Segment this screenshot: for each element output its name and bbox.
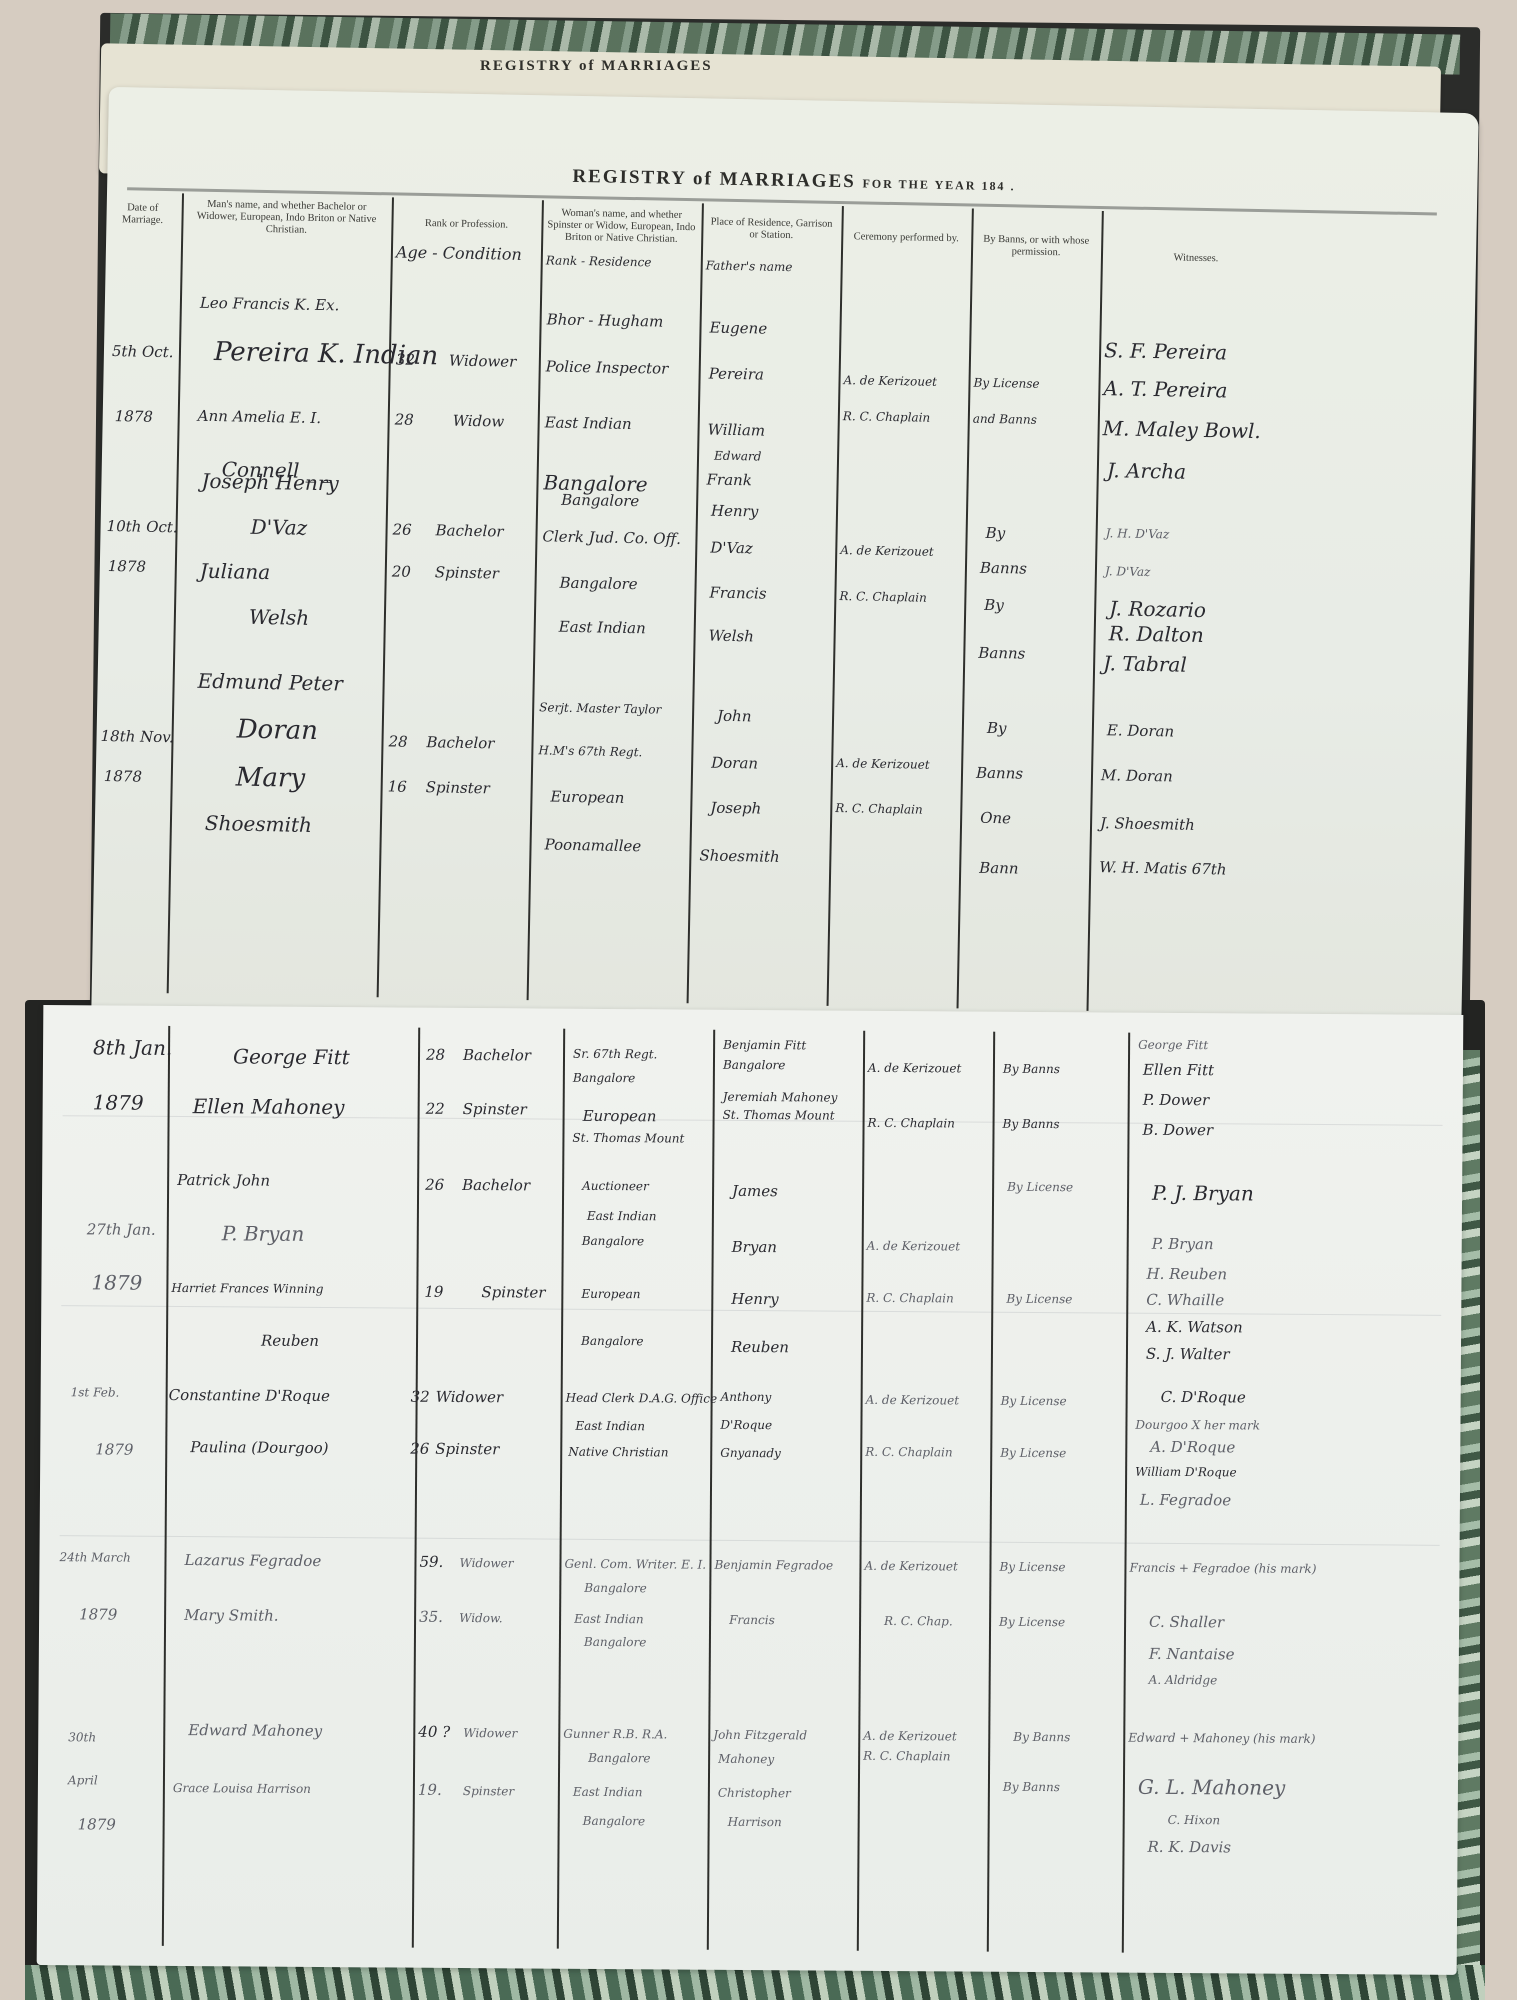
bride-name: Harriet Frances Winning [171,1281,323,1296]
bride-surname: Reuben [261,1332,319,1350]
groom-condition: Widower [463,1726,517,1740]
groom-age: 26 [425,1176,444,1194]
groom-father: Eugene [709,319,767,338]
banns-type-2: and Banns [973,412,1037,427]
entry-date: 10th Oct. [106,517,177,536]
groom-father-surname: Bryan [732,1238,777,1256]
bride-father: Henry [731,1290,778,1308]
bride-name: Ann Amelia E. I. [198,407,322,427]
witness-signature: M. Doran [1101,766,1173,785]
groom-rank: Auctioneer [582,1179,649,1193]
groom-residence: Bangalore [561,491,639,510]
officiant: A. de Kerizouet [864,1559,958,1574]
witness-signature: J. Shoesmith [1100,814,1195,834]
bride-father: Joseph [710,799,761,818]
witness-signature: C. Shaller [1149,1613,1224,1632]
entry-date: 8th Jan. [93,1035,172,1060]
bride-condition: Spinster [425,778,489,797]
witness-signature: C. D'Roque [1161,1388,1246,1407]
bride-name: Grace Louisa Harrison [173,1781,311,1796]
groom-father-surname: Doran [711,754,758,773]
groom-father: Benjamin Fegradoe [714,1558,833,1573]
bride-residence: St. Thomas Mount [572,1131,684,1146]
groom-rank: Gunner R.B. R.A. [563,1727,667,1742]
witness-signature: Dourgoo X her mark [1135,1418,1260,1433]
bride-origin: European [581,1287,640,1301]
bride-origin: European [583,1107,657,1126]
bride-father-surname: Frank [706,470,752,489]
bride-age: 19 [424,1283,443,1301]
witness-signature: J. Archa [1107,458,1187,484]
bride-age: 20 [392,562,411,580]
entry-year: 1879 [78,1815,116,1833]
groom-condition: Bachelor [462,1176,530,1194]
bride-father: William [707,420,765,439]
bride-name: Mary [236,762,306,793]
witness-signature: Edward + Mahoney (his mark) [1128,1731,1315,1746]
officiant-title: R. C. Chaplain [865,1445,952,1460]
witness-signature: S. F. Pereira [1104,338,1227,364]
witness-signature: J. H. D'Vaz [1106,526,1170,541]
entry-date: 5th Oct. [112,342,174,361]
column-divider [687,203,704,1003]
officiant-title: R. C. Chaplain [863,1749,950,1764]
entry-date: 18th Nov. [100,727,174,746]
bride-residence: Bangalore [584,1635,647,1649]
witness-signature: George Fitt [1138,1038,1208,1052]
groom-father-residence: Bangalore [723,1058,786,1072]
col-subheader-age-condition: Age - Condition [396,242,522,263]
bride-condition: Spinster [463,1784,514,1798]
col-header-woman: Woman's name, and whether Spinster or Wi… [546,207,697,246]
column-divider [377,197,394,997]
groom-name: Patrick John [177,1171,270,1190]
groom-name: Edward Mahoney [188,1721,322,1740]
groom-origin: East Indian [587,1209,657,1223]
groom-rank: Head Clerk D.A.G. Office [566,1391,718,1406]
entry-year: 1878 [108,557,147,576]
groom-father-surname: Pereira [708,365,764,384]
groom-name: Leo Francis K. Ex. [200,294,340,315]
bride-father: Francis [729,1613,775,1627]
groom-father: John [717,707,752,726]
groom-age: 59. [419,1553,443,1571]
groom-rank: Sr. 67th Regt. [573,1047,657,1062]
bride-age: 35. [419,1608,443,1626]
witness-signature: A. D'Roque [1150,1438,1235,1457]
bride-name: Ellen Mahoney [193,1094,345,1119]
banns-type: By [984,596,1004,614]
groom-condition: Widower [449,352,517,371]
col-subheader-rank-residence: Rank - Residence [546,253,652,269]
witness-signature: Francis + Fegradoe (his mark) [1129,1561,1316,1576]
entry-year: 1879 [91,1270,142,1294]
column-divider [527,200,544,1000]
witness-signature: Ellen Fitt [1143,1061,1214,1079]
witness-signature: P. Bryan [1152,1235,1214,1253]
column-divider [707,1030,715,1950]
witness-signature: E. Doran [1107,721,1175,740]
col-subheader-father: Father's name [706,258,793,274]
bride-father: Jeremiah Mahoney [723,1090,838,1105]
groom-name: Joseph Henry [201,469,339,496]
groom-father-surname: Mahoney [718,1752,774,1766]
bride-condition: Spinster [435,563,499,582]
bride-father-surname: Shoesmith [699,846,780,866]
banns-type: By License [973,376,1039,391]
ledger-page-bottom: 8th Jan. 1879 George Fitt Ellen Mahoney … [37,1005,1464,1975]
bride-father: Christopher [718,1786,791,1801]
groom-residence: Bhor - Hugham [546,310,663,330]
bride-age: 28 [395,410,414,428]
col-header-date: Date of Marriage. [106,202,178,227]
groom-age: 26 [392,520,411,538]
banns-type: By Banns [1003,1780,1060,1794]
entry-year: 1878 [104,767,143,786]
witness-signature: C. Whaille [1146,1291,1224,1310]
groom-age: 32 [396,350,415,368]
witness-signature: P. J. Bryan [1152,1181,1254,1206]
bride-origin: Native Christian [568,1445,668,1460]
groom-surname: D'Vaz [250,515,307,540]
officiant: A. de Kerizouet [836,756,930,772]
bride-surname: Welsh [249,605,310,630]
witness-signature: J. Tabral [1103,651,1187,677]
witness-signature: P. Dower [1143,1091,1210,1109]
col-header-banns: By Banns, or with whose permission. [976,234,1096,260]
entry-date: 24th March [59,1550,130,1564]
bride-father-surname: Reuben [731,1338,789,1356]
groom-rank: Genl. Com. Writer. E. I. [564,1557,706,1572]
entry-date: 30th [68,1730,96,1744]
witness-signature: J. D'Vaz [1105,564,1151,579]
groom-father: Henry [711,502,759,521]
entry-year: 1879 [95,1440,133,1458]
banns-type: Banns [980,559,1027,578]
bride-origin: European [550,788,624,807]
groom-name: Constantine D'Roque [169,1386,330,1405]
groom-age: 32 [411,1388,430,1406]
groom-residence: Bangalore [573,1071,636,1085]
bride-name: Mary Smith. [184,1606,279,1625]
officiant: A. de Kerizouet [866,1393,960,1408]
bride-condition: Spinster [435,1440,499,1458]
officiant: A. de Kerizouet [863,1729,957,1744]
groom-name: George Fitt [233,1044,350,1069]
witness-signature: B. Dower [1142,1121,1213,1139]
officiant: A. de Kerizouet [843,373,937,389]
bride-condition: Spinster [481,1283,545,1301]
officiant-title: R. C. Chap. [884,1614,953,1628]
witness-signature: M. Maley Bowl. [1102,416,1261,443]
banns-type: By License [1001,1394,1067,1408]
page-title: REGISTRY of MARRIAGES FOR THE YEAR 184 . [572,166,1016,197]
witness-signature: R. Dalton [1109,621,1205,647]
column-divider [557,1029,565,1949]
column-divider [957,209,974,1009]
col-header-man: Man's name, and whether Bachelor or Wido… [186,198,387,238]
groom-condition: Widower [436,1388,504,1406]
groom-age: 40 ? [418,1723,450,1741]
ledger-page-top: REGISTRY of MARRIAGES FOR THE YEAR 184 .… [91,87,1479,1043]
bride-residence: Poonamallee [544,835,641,855]
entry-year: 1879 [93,1090,144,1114]
groom-father-surname: D'Roque [720,1418,772,1432]
witness-signature: William D'Roque [1135,1465,1237,1480]
groom-rank: Clerk Jud. Co. Off. [542,527,681,548]
column-divider [987,1032,995,1952]
witness-signature: S. J. Walter [1146,1345,1230,1364]
groom-age: 28 [426,1046,445,1064]
bride-condition: Widow. [459,1611,503,1625]
bride-name: Paulina (Dourgoo) [190,1438,328,1457]
officiant: A. de Kerizouet [840,543,934,559]
groom-condition: Bachelor [435,521,503,540]
officiant-title: R. C. Chaplain [839,589,927,605]
bride-father-middle: Edward [714,449,762,464]
banns-type: By [985,524,1005,542]
bride-age: 16 [388,777,407,795]
witness-signature: J. Rozario [1109,596,1206,622]
witness-signature: C. Hixon [1168,1813,1221,1827]
witness-signature: A. K. Watson [1146,1318,1243,1337]
col-header-ceremony: Ceremony performed by. [846,231,966,245]
witness-signature: F. Nantaise [1149,1645,1235,1664]
bride-residence: Bangalore [559,574,637,593]
officiant: A. de Kerizouet [868,1061,962,1076]
bride-father-surname: Welsh [708,627,754,646]
banns-type: Bann [979,859,1019,878]
witness-signature: G. L. Mahoney [1138,1775,1285,1800]
groom-name: Lazarus Fegradoe [184,1551,321,1570]
groom-residence: Bangalore [584,1581,647,1595]
col-header-rank: Rank or Profession. [396,217,536,232]
groom-name: Edmund Peter [197,669,343,696]
column-divider [827,206,844,1006]
groom-regiment: H.M's 67th Regt. [538,743,642,759]
bride-residence: Bangalore [581,1334,644,1348]
column-divider [1122,1033,1130,1953]
bride-surname: Shoesmith [205,811,312,837]
banns-type: One [980,809,1011,828]
col-header-witnesses: Witnesses. [1106,251,1286,266]
entry-month: April [68,1773,98,1787]
groom-surname: P. Bryan [222,1221,305,1246]
bride-father-surname: Harrison [728,1815,782,1829]
groom-residence: Bangalore [588,1751,651,1765]
banns-type: By License [1006,1292,1072,1306]
banns-type: By License [999,1560,1065,1574]
bride-origin: East Indian [573,1785,643,1799]
groom-rank: Serjt. Master Taylor [539,700,661,716]
banns-type: By Banns [1013,1730,1070,1744]
underlying-page-title: REGISTRY of MARRIAGES [480,58,713,75]
groom-father: James [732,1182,778,1200]
bride-origin: East Indian [559,618,646,638]
witness-signature: A. T. Pereira [1103,376,1227,402]
col-header-residence: Place of Residence, Garrison or Station. [706,216,836,242]
column-divider [162,1026,170,1946]
banns-type: By Banns [1003,1117,1060,1131]
entry-year: 1879 [79,1605,117,1623]
groom-residence: Bangalore [582,1234,645,1248]
banns-type: Banns [978,644,1025,663]
banns-type: By License [1000,1446,1066,1460]
officiant-title: R. C. Chaplain [868,1116,955,1131]
banns-type: Banns [976,764,1023,783]
entry-year: 1878 [115,407,154,426]
bride-condition: Widow [453,412,505,431]
column-divider [857,1031,865,1951]
groom-age: 28 [388,732,407,750]
bride-father: Francis [709,584,766,603]
groom-rank: Police Inspector [546,357,669,377]
groom-condition: Widower [459,1556,513,1570]
banns-type: By License [999,1615,1065,1629]
groom-father: John Fitzgerald [713,1728,807,1743]
groom-father-surname: D'Vaz [710,539,753,558]
entry-date: 1st Feb. [71,1385,120,1399]
bride-age: 22 [426,1100,445,1118]
groom-condition: Bachelor [463,1046,531,1064]
column-divider [1086,211,1103,1011]
witness-signature: A. Aldridge [1149,1673,1218,1687]
witness-signature: R. K. Davis [1147,1838,1231,1857]
officiant-title: R. C. Chaplain [866,1291,953,1306]
entry-date: 27th Jan. [87,1220,156,1238]
groom-father: Anthony [721,1390,772,1404]
bride-name: Juliana [200,559,271,584]
bride-father-residence: St. Thomas Mount [723,1108,835,1123]
witness-signature: L. Fegradoe [1140,1491,1231,1510]
officiant: A. de Kerizouet [867,1239,961,1254]
bride-origin: East Indian [545,413,632,433]
groom-surname: Doran [236,715,318,747]
bride-condition: Spinster [463,1100,527,1118]
groom-father: Benjamin Fitt [723,1038,806,1053]
banns-type: By Banns [1003,1062,1060,1076]
groom-origin: East Indian [575,1419,645,1433]
bride-father: Gnyanady [720,1446,781,1460]
banns-type: By [987,719,1007,737]
witness-signature: H. Reuben [1146,1265,1227,1284]
witness-signature: W. H. Matis 67th [1099,858,1227,878]
banns-type: By License [1007,1180,1073,1194]
bride-age: 26 [410,1440,429,1458]
bride-age: 19. [418,1781,442,1799]
bride-residence: Bangalore [583,1814,646,1828]
officiant-title: R. C. Chaplain [843,409,931,425]
bride-origin: East Indian [574,1612,644,1626]
column-divider [412,1028,420,1948]
column-divider [167,193,184,993]
officiant-title: R. C. Chaplain [835,801,923,817]
groom-condition: Bachelor [426,733,494,752]
